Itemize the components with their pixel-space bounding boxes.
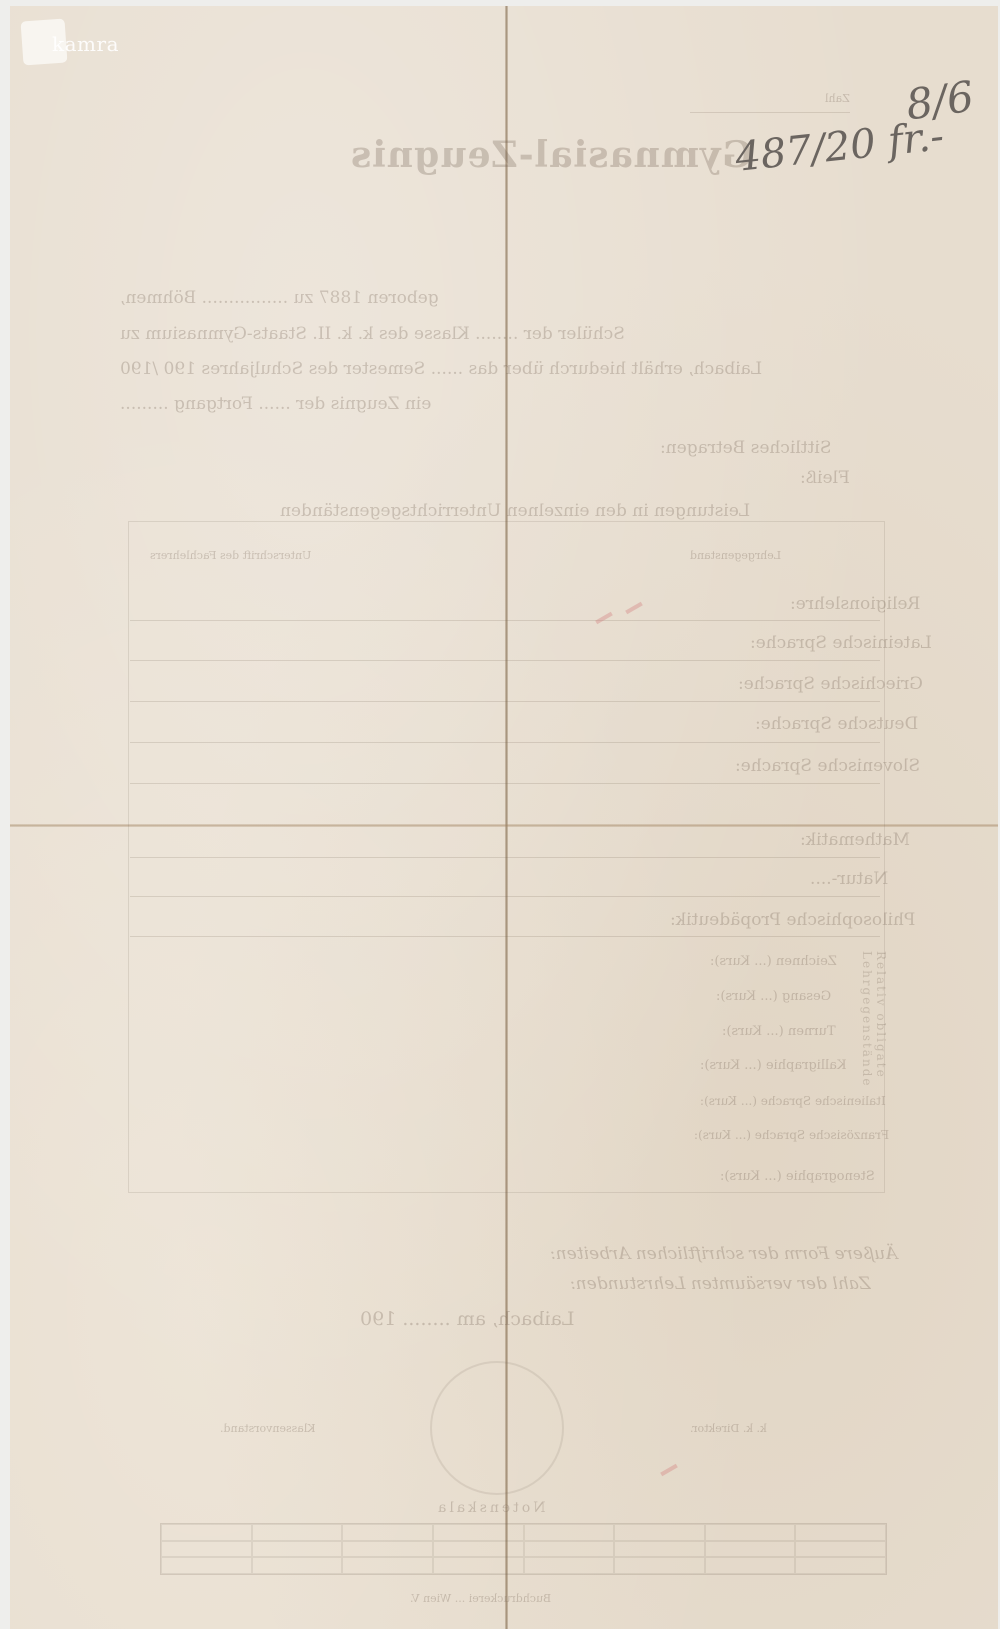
bleed-number-label: Zahl (825, 92, 850, 105)
bleed-printer: Buchdruckerei ... Wien V. (410, 1592, 551, 1605)
row-rule (130, 936, 880, 937)
row-rule (130, 701, 880, 702)
bleed-optional-4: Kalligraphie (... Kurs): (700, 1058, 847, 1073)
document-sheet: kamra Zahl Gymnasial-Zeugnis geboren 188… (10, 6, 998, 1629)
bleed-optional-2: Gesang (... Kurs): (716, 989, 831, 1004)
row-rule (130, 660, 880, 661)
row-rule (130, 896, 880, 897)
number-rule (690, 112, 850, 113)
logo-text: kamra (52, 32, 119, 56)
grading-scale-table (160, 1523, 887, 1575)
bleed-subject-3: Griechische Sprache: (738, 674, 923, 694)
bleed-intro-line-4: ein Zeugnis der ...... Fortgang ........… (120, 394, 431, 414)
bleed-subject-8: Natur-.... (810, 869, 888, 889)
bleed-subject-9: Philosophische Propädeutik: (670, 910, 915, 930)
bleed-optional-7: Stenographie (... Kurs): (720, 1169, 875, 1184)
bleed-role-right: k. k. Direktor. (690, 1422, 767, 1435)
bleed-missed-label: Zahl der versäumten Lehrstunden: (570, 1274, 871, 1294)
bleed-subject-5: Slovenische Sprache: (735, 756, 920, 776)
bleed-optional-1: Zeichnen (... Kurs): (710, 954, 837, 969)
bleed-optional-5: Italienische Sprache (... Kurs): (700, 1094, 886, 1108)
red-ink-mark (660, 1464, 678, 1476)
bleed-conduct-label: Sittliches Betragen: (660, 438, 832, 458)
bleed-optional-3: Turnen (... Kurs): (722, 1024, 836, 1039)
bleed-form-label: Äußere Form der schriftlichen Arbeiten: (550, 1244, 897, 1264)
bleed-intro-line-1: geboren 1887 zu ................ Böhmen, (120, 288, 439, 308)
row-rule (130, 742, 880, 743)
handwritten-number: 487/20 fr.- (733, 113, 946, 181)
bleed-title: Gymnasial-Zeugnis (350, 134, 753, 176)
bleed-section-heading: Leistungen in den einzelnen Unterrichtsg… (280, 501, 750, 521)
bleed-optional-6: Französische Sprache (... Kurs): (694, 1128, 889, 1142)
bleed-subject-7: Mathematik: (800, 830, 910, 850)
bleed-subject-header: Lehrgegenstand (690, 549, 781, 562)
bleed-teacher-header: Unterschrift des Fachlehrers (150, 549, 311, 562)
bleed-diligence-label: Fleiß: (800, 468, 850, 488)
row-rule (130, 857, 880, 858)
bleed-place-date: Laibach, am ........ 190 (360, 1308, 574, 1330)
bleed-subject-1: Religionslehre: (790, 594, 920, 614)
bleed-optional-label: Relativ obligate Lehrgegenstände (860, 951, 888, 1191)
row-rule (130, 620, 880, 621)
bleed-subject-2: Lateinische Sprache: (750, 633, 932, 653)
row-rule (130, 783, 880, 784)
bleed-intro-line-3: Laibach, erhält hiedurch über das ......… (120, 359, 762, 379)
bleed-notes-heading: Notenskala (435, 1500, 545, 1516)
bleed-role-left: Klassenvorstand. (220, 1422, 316, 1435)
kamra-watermark-logo: kamra (22, 20, 138, 70)
school-seal-stamp (430, 1361, 564, 1495)
bleed-intro-line-2: Schüler der ........ Klasse des k. k. II… (120, 324, 625, 344)
bleed-subject-4: Deutsche Sprache: (755, 714, 918, 734)
